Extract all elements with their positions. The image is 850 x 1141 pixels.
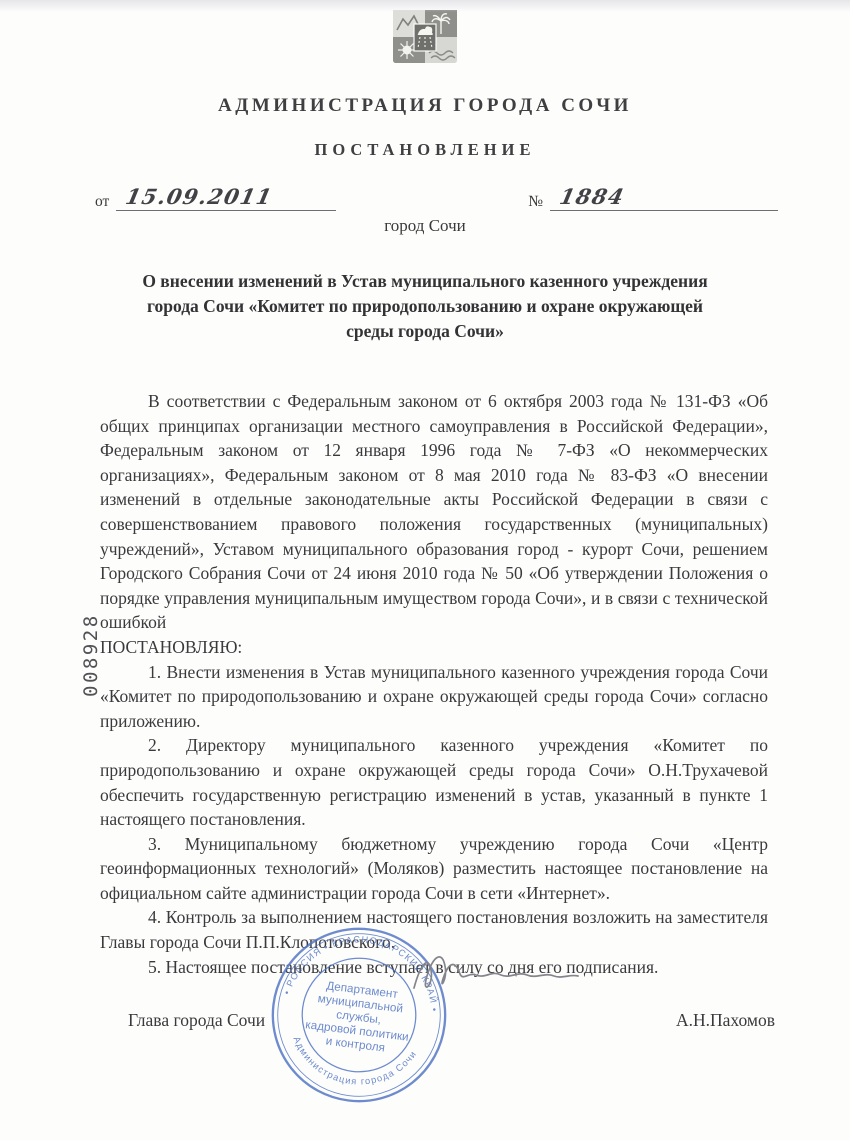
date-field: от 15.09.2011 xyxy=(95,187,336,211)
title-line-1: О внесении изменений в Устав муниципальн… xyxy=(0,269,850,294)
intro-paragraph: В соответствии с Федеральным законом от … xyxy=(100,389,768,635)
signatory-name: А.Н.Пахомов xyxy=(676,1010,775,1031)
number-field: № 1884 xyxy=(528,187,778,211)
item-1: 1. Внести изменения в Устав муниципально… xyxy=(100,660,768,734)
title-line-2: города Сочи «Комитет по природопользован… xyxy=(0,294,850,319)
resolution-word: ПОСТАНОВЛЯЮ: xyxy=(100,635,768,660)
doc-type-heading: ПОСТАНОВЛЕНИЕ xyxy=(0,140,850,160)
org-name: АДМИНИСТРАЦИЯ ГОРОДА СОЧИ xyxy=(0,95,850,117)
date-label: от xyxy=(95,193,109,211)
number-label: № xyxy=(528,193,543,211)
date-underline: 15.09.2011 xyxy=(116,187,336,211)
item-2: 2. Директору муниципального казенного уч… xyxy=(100,733,768,831)
emblem-wrap xyxy=(0,0,850,82)
document-title: О внесении изменений в Устав муниципальн… xyxy=(0,269,850,344)
registration-stamp-number: 008928 xyxy=(80,613,102,697)
requisites-row: от 15.09.2011 № 1884 xyxy=(95,187,778,211)
signature-row: Глава города Сочи А.Н.Пахомов xyxy=(128,1010,775,1031)
place-line: город Сочи xyxy=(0,216,850,236)
item-3: 3. Муниципальному бюджетному учреждению … xyxy=(100,832,768,906)
signatory-position: Глава города Сочи xyxy=(128,1010,265,1031)
signature-scribble xyxy=(408,948,588,1006)
date-handwritten-value: 15.09.2011 xyxy=(124,187,275,207)
number-handwritten-value: 1884 xyxy=(558,187,627,207)
document-body: В соответствии с Федеральным законом от … xyxy=(100,389,768,979)
sochi-coat-of-arms-icon xyxy=(386,7,464,77)
title-line-3: среды города Сочи» xyxy=(0,319,850,344)
number-underline: 1884 xyxy=(550,187,778,211)
